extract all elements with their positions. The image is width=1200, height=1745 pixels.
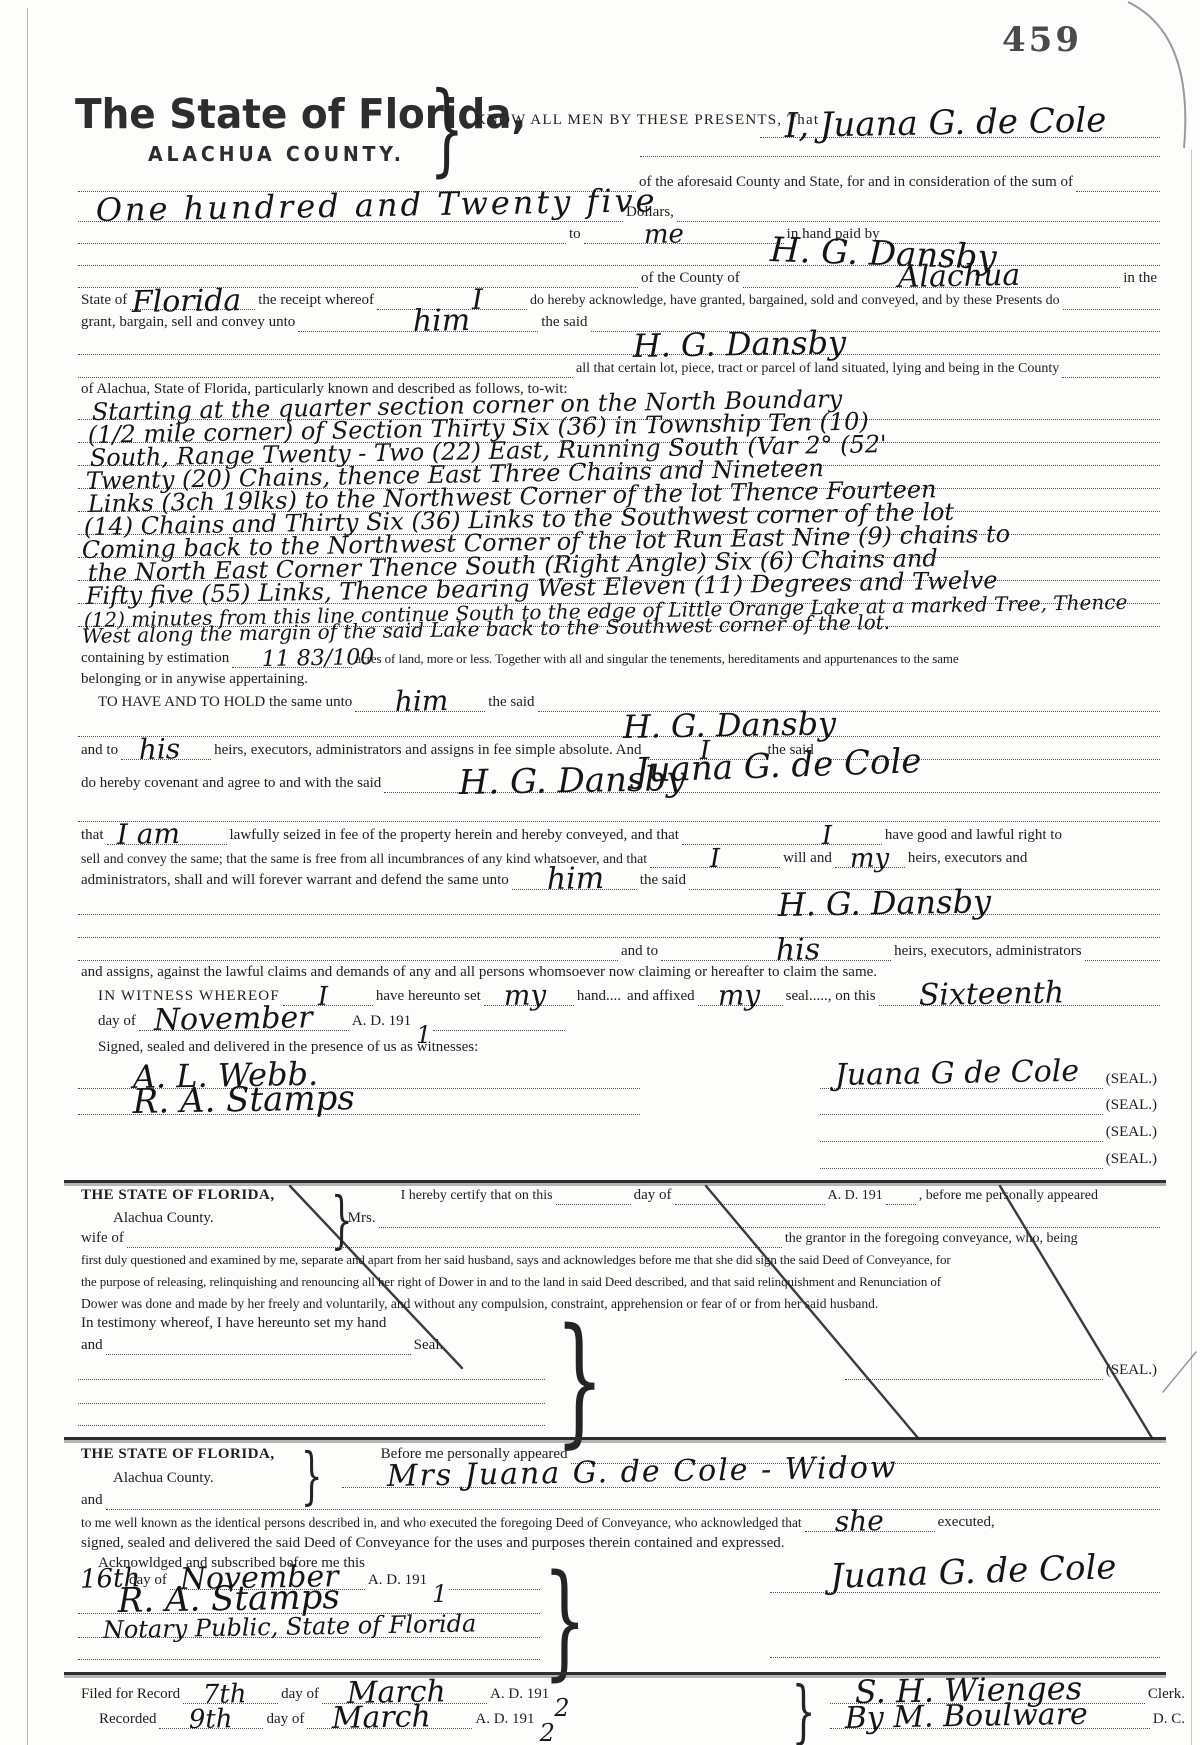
handwritten-she: she [834,1509,883,1534]
blank-field [78,1638,540,1660]
printed-text: grant, bargain, sell and convey unto [78,314,298,332]
handwritten-notary-title: Notary Public, State of Florida [103,1613,477,1640]
printed-text: wife of [78,1230,127,1248]
grantee-name-field: H. G. Dansby [78,713,1160,737]
blank-field [106,1488,1160,1510]
blank-field [78,356,573,378]
page-number: 459 [1002,20,1082,60]
printed-text: the said [538,314,590,332]
recorded-month-field: March [307,1705,472,1729]
printed-text: signed, sealed and delivered the said De… [78,1535,788,1553]
printed-text: all that certain lot, piece, tract or pa… [573,361,1062,378]
seal-label: (SEAL.) [1103,1071,1160,1089]
unto-field: him [298,310,538,332]
printed-text: Filed for Record [78,1686,183,1704]
blank-field [433,1009,565,1031]
printed-text: A. D. 191 [472,1711,537,1729]
printed-text: executed, [935,1514,998,1532]
page-right-edge [1191,150,1192,1745]
printed-text: Recorded [96,1711,159,1729]
notary-title-field: Notary Public, State of Florida [78,1614,540,1638]
amount-field: One hundred and Twenty five [78,200,623,222]
handwritten-recorded-day: 9th [189,1708,233,1731]
handwritten-acreage: 11 83/100 [262,649,375,670]
month-field: November [139,1009,349,1031]
printed-text: have hereunto set [373,988,484,1006]
printed-text: heirs, executors, administrators [891,943,1084,961]
printed-text: to [566,226,584,244]
handwritten-deputy-signature: By M. Boulware [845,1701,1088,1731]
printed-text: I hereby certify that on this [398,1188,556,1205]
printed-text: do hereby covenant and agree to and with… [78,775,384,793]
grantee-name-field: H. G. Dansby [78,333,1160,355]
printed-text: heirs, executors, administrators and ass… [211,742,644,760]
seal-signature-field [820,1145,1103,1169]
spacer [78,1118,820,1142]
blank-field [127,1226,782,1248]
handwritten-grantee-name: H. G. Dansby [778,888,992,919]
blank-field [886,1181,916,1205]
handwritten-unto: him [395,689,449,714]
handwritten-covenant-grantee: H. G. Dansby [459,765,686,798]
blank-field [449,1566,540,1590]
printed-text: , before me personally appeared [916,1188,1101,1205]
blank-field [78,800,1160,822]
blank-field [770,1636,1160,1658]
printed-text: TO HAVE AND TO HOLD the same unto [95,694,355,712]
county-field: Alachua [743,266,1121,288]
handwritten-my: my [849,847,889,870]
printed-text: and [78,1337,106,1355]
printed-text: and affixed [624,988,698,1006]
printed-text: containing by estimation [78,650,232,668]
brace-icon: } [543,1565,587,1678]
handwritten-i: I [822,825,833,847]
printed-text: of the County of [638,270,743,288]
filed-day-field: 7th [183,1680,278,1704]
heirs-field: his [661,939,891,961]
unto-field: him [355,690,485,712]
handwritten-i: I [710,848,721,870]
certification-state-heading: THE STATE OF FLORIDA, [78,1187,278,1205]
handwritten-i-am: I am [116,822,180,847]
document-subtitle-county: ALACHUA COUNTY. [148,142,405,166]
blank-field [1062,356,1160,378]
printed-text: will and [780,850,835,868]
printed-text: Seal. [411,1337,447,1355]
handwritten-notary-signature: R. A. Stamps [117,1583,340,1616]
printed-text: day of [95,1013,139,1031]
paid-to-field: me [584,222,784,244]
spacer [278,1440,378,1464]
handwritten-his: his [776,937,821,963]
handwritten-grantee-name: H. G. Dansby [623,710,837,741]
appeared-name-field: Mrs Juana G. de Cole - Widow [342,1464,1160,1488]
blank-field [1085,939,1160,961]
acreage-field: 11 83/100 [232,646,352,668]
brace-icon: } [555,1318,604,1444]
handwritten-month: November [153,1005,312,1033]
printed-text: have good and lawful right to [882,827,1065,845]
deputy-signature-field: By M. Boulware [830,1705,1150,1729]
brace-icon: } [429,84,464,174]
handwritten-grantor-name: I, Juana G. de Cole [784,107,1106,141]
blank-field [78,1356,545,1380]
seal-signature-field [820,1118,1103,1142]
seal-label: (SEAL.) [1103,1151,1160,1169]
page-left-edge [27,8,28,1745]
seal-signature-field [820,1091,1103,1115]
handwritten-my: my [503,983,546,1008]
printed-text: do hereby acknowledge, have granted, bar… [527,293,1063,310]
printed-text: day of [263,1711,307,1729]
printed-text: day of [631,1187,675,1205]
printed-text: A. D. 191 [365,1572,430,1590]
blank-field: I [682,823,882,845]
printed-text: State of [78,292,130,310]
handwritten-him: him [546,866,604,892]
printed-text: of the aforesaid County and State, for a… [636,174,1076,192]
seal-signature-field [845,1356,1103,1380]
seal-label: (SEAL.) [1103,1097,1160,1115]
printed-text: the said [637,872,689,890]
seal-label: (SEAL.) [1103,1362,1160,1380]
printed-text: acres of land, more or less. Together wi… [352,651,961,668]
grantor-seal-signature-field: Juana G de Cole [820,1065,1103,1089]
description-line-field: West along the margin of the said Lake b… [78,626,1160,647]
blank-field [675,1181,825,1205]
blank-field: she [805,1510,935,1532]
printed-text: lawfully seized in fee of the property h… [227,827,682,845]
spacer [78,1705,96,1729]
date-word-field: Sixteenth [879,984,1160,1006]
printed-text: the grantor in the foregoing conveyance,… [782,1231,1081,1248]
handwritten-amount: One hundred and Twenty five [96,187,658,224]
handwritten-paid-to: me [643,223,683,246]
handwritten-witness-2: R. A. Stamps [132,1084,355,1117]
brace-icon: } [792,1682,816,1743]
blank-field [556,1181,631,1205]
printed-text: the receipt whereof [255,292,377,310]
printed-text: day of [278,1686,322,1704]
handwritten-recorded-month: March [332,1704,432,1731]
spacer [78,1464,110,1488]
printed-text: and assigns, against the lawful claims a… [78,964,880,982]
printed-text: and to [78,742,121,760]
spacer [217,1204,345,1228]
spacer [640,1065,820,1089]
spacer [640,1091,820,1115]
spacer [545,1356,845,1380]
grantor-name-field: I, Juana G. de Cole [760,116,1160,138]
printed-text: seal....., on this [783,988,879,1006]
handwritten-i: I [318,986,329,1008]
spacer [278,1181,398,1205]
printed-text: the said [485,694,537,712]
handwritten-day-word: Sixteenth [918,980,1064,1008]
handwritten-grantor-seal-signature: Juana G de Cole [835,1058,1080,1088]
blank-field [78,939,618,961]
printed-text: and [78,1492,106,1510]
state-field: Florida [130,288,255,310]
recorded-day-field: 9th [159,1705,263,1729]
blank-field: I am [107,823,227,845]
printed-text: In testimony whereof, I have hereunto se… [78,1315,389,1333]
printed-text: and to [618,943,661,961]
handwritten-receipt-by: I [472,288,483,312]
printed-text: A. D. 191 [487,1686,552,1704]
printed-text: the purpose of releasing, relinquishing … [78,1274,944,1291]
printed-text: to me well known as the identical person… [78,1515,805,1532]
handwritten-county: Alachua [897,262,1020,290]
blank-field [106,1333,411,1355]
printed-text: A. D. 191 [349,1013,414,1031]
unto-field: him [512,868,637,890]
blank-field [1063,288,1160,310]
blank-field [379,1204,1160,1228]
printed-text: administrators, shall and will forever w… [78,872,512,890]
acknowledgment-county-heading: Alachua County. [110,1470,217,1488]
blank-field: my [698,984,783,1006]
printed-text: heirs, executors and [905,850,1031,868]
printed-text: hand.... [574,988,624,1006]
printed-text: belonging or in anywise appertaining. [78,671,311,689]
handwritten-his: his [139,737,181,762]
blank-field [1076,170,1160,192]
covenant-grantee-field: H. G. Dansby [384,771,1160,793]
handwritten-my: my [717,983,760,1008]
signature-line-field [770,1569,1160,1593]
blank-field [677,200,1160,222]
printed-text: A. D. 191 [825,1188,886,1205]
printed-text: that [78,827,107,845]
seal-label: (SEAL.) [1103,1124,1160,1142]
deputy-clerk-label: D. C. [1150,1711,1188,1729]
grantee-name-field: H. G. Dansby [78,891,1160,915]
deed-document-page: 459 The State of Florida, ALACHUA COUNTY… [0,0,1200,1745]
acknowledgment-state-heading: THE STATE OF FLORIDA, [78,1446,278,1464]
printed-text: first duly questioned and examined by me… [78,1252,954,1269]
blank-field: I [650,846,780,868]
handwritten-filed-day: 7th [203,1683,247,1706]
blank-field: my [835,846,905,868]
spacer [217,1464,342,1488]
witness-signature-field: R. A. Stamps [78,1091,640,1115]
printed-text: in the [1120,270,1160,288]
printed-text: Dower was done and made by her freely an… [78,1296,881,1313]
blank-field [640,137,1160,157]
blank-field: my [484,984,574,1006]
handwritten-appeared-name: Mrs Juana G. de Cole - Widow [386,1455,897,1489]
blank-field [78,1402,545,1426]
blank-field [78,1380,545,1404]
blank-field [78,222,566,244]
clerk-label: Clerk. [1145,1686,1188,1704]
spacer [78,1204,110,1228]
spacer [78,1145,820,1169]
heirs-field: his [121,738,211,760]
blank-field [78,916,1160,938]
handwritten-unto: him [413,308,471,334]
